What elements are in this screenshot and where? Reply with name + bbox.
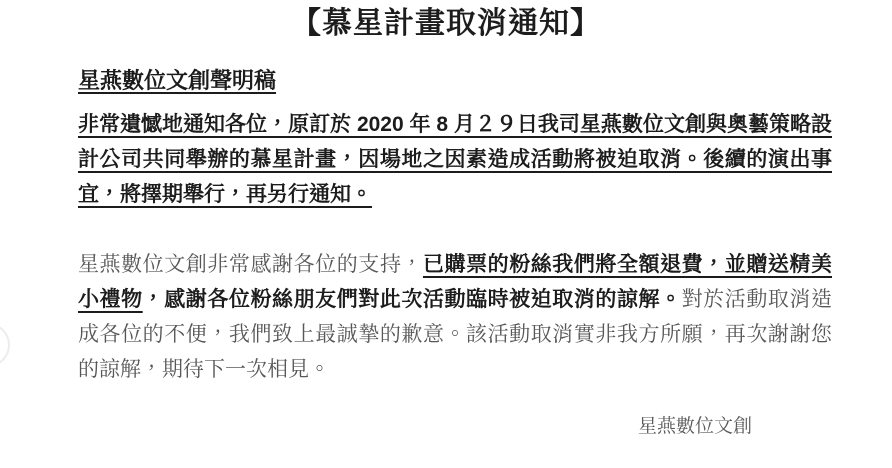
notice-title: 【慕星計畫取消通知】 [0,6,892,42]
refund-paragraph: 星燕數位文創非常感謝各位的支持，已購票的粉絲我們將全額退費，並贈送精美小禮物，感… [78,247,832,387]
cancellation-paragraph: 非常遺憾地通知各位，原訂於 2020 年 8 月２９日我司星燕數位文創與奧藝策略… [78,107,832,212]
notice-body: 星燕數位文創聲明稿 非常遺憾地通知各位，原訂於 2020 年 8 月２９日我司星… [78,68,832,439]
signature: 星燕數位文創 [78,415,832,439]
refund-run-regular-1: 星燕數位文創非常感謝各位的支持， [78,253,423,276]
notice-page: 【慕星計畫取消通知】 星燕數位文創聲明稿 非常遺憾地通知各位，原訂於 2020 … [0,0,892,468]
statement-heading: 星燕數位文創聲明稿 [78,68,832,93]
left-edge-circle-decoration [0,323,10,367]
refund-run-bold: ，感謝各位粉絲朋友們對此次活動臨時被迫取消的諒解。 [143,288,682,311]
